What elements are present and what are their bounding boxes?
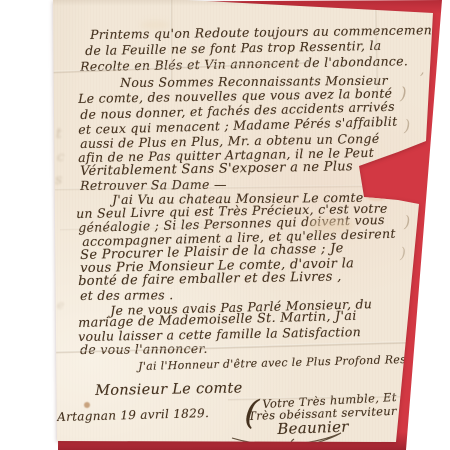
ink-showthrough-mark: ) [404, 116, 410, 135]
letter-line: Monsieur Le comte [95, 380, 243, 399]
paper-wrap: Printems qu'on Redoute toujours au comme… [0, 0, 450, 450]
letter-paper: Printems qu'on Redoute toujours au comme… [0, 0, 450, 450]
letter-photo: Printems qu'on Redoute toujours au comme… [0, 0, 450, 450]
letter-line: bonté de faire emballer et des Livres , [78, 269, 342, 289]
paper-stain [308, 218, 354, 232]
ink-showthrough-mark: ) [404, 212, 410, 231]
ink-showthrough-mark: , [420, 62, 424, 78]
letter-line: Artagnan 19 avril 1829. [57, 406, 209, 424]
paper-stain [140, 20, 170, 30]
ink-showthrough-mark: e [57, 298, 64, 312]
ink-showthrough-mark: s [55, 172, 62, 188]
ink-showthrough-mark: t [56, 126, 62, 142]
paper-stain [366, 191, 388, 201]
ink-showthrough-mark: ) [398, 148, 404, 167]
signature-flourish [228, 428, 358, 450]
paper-stain [84, 402, 90, 408]
ink-showthrough-mark: c [57, 150, 64, 165]
fold-crease [170, 0, 173, 80]
ink-showthrough-mark: ) [400, 84, 407, 104]
ink-showthrough-mark: ) [400, 244, 406, 262]
letter-line: et des armes . [80, 287, 174, 303]
